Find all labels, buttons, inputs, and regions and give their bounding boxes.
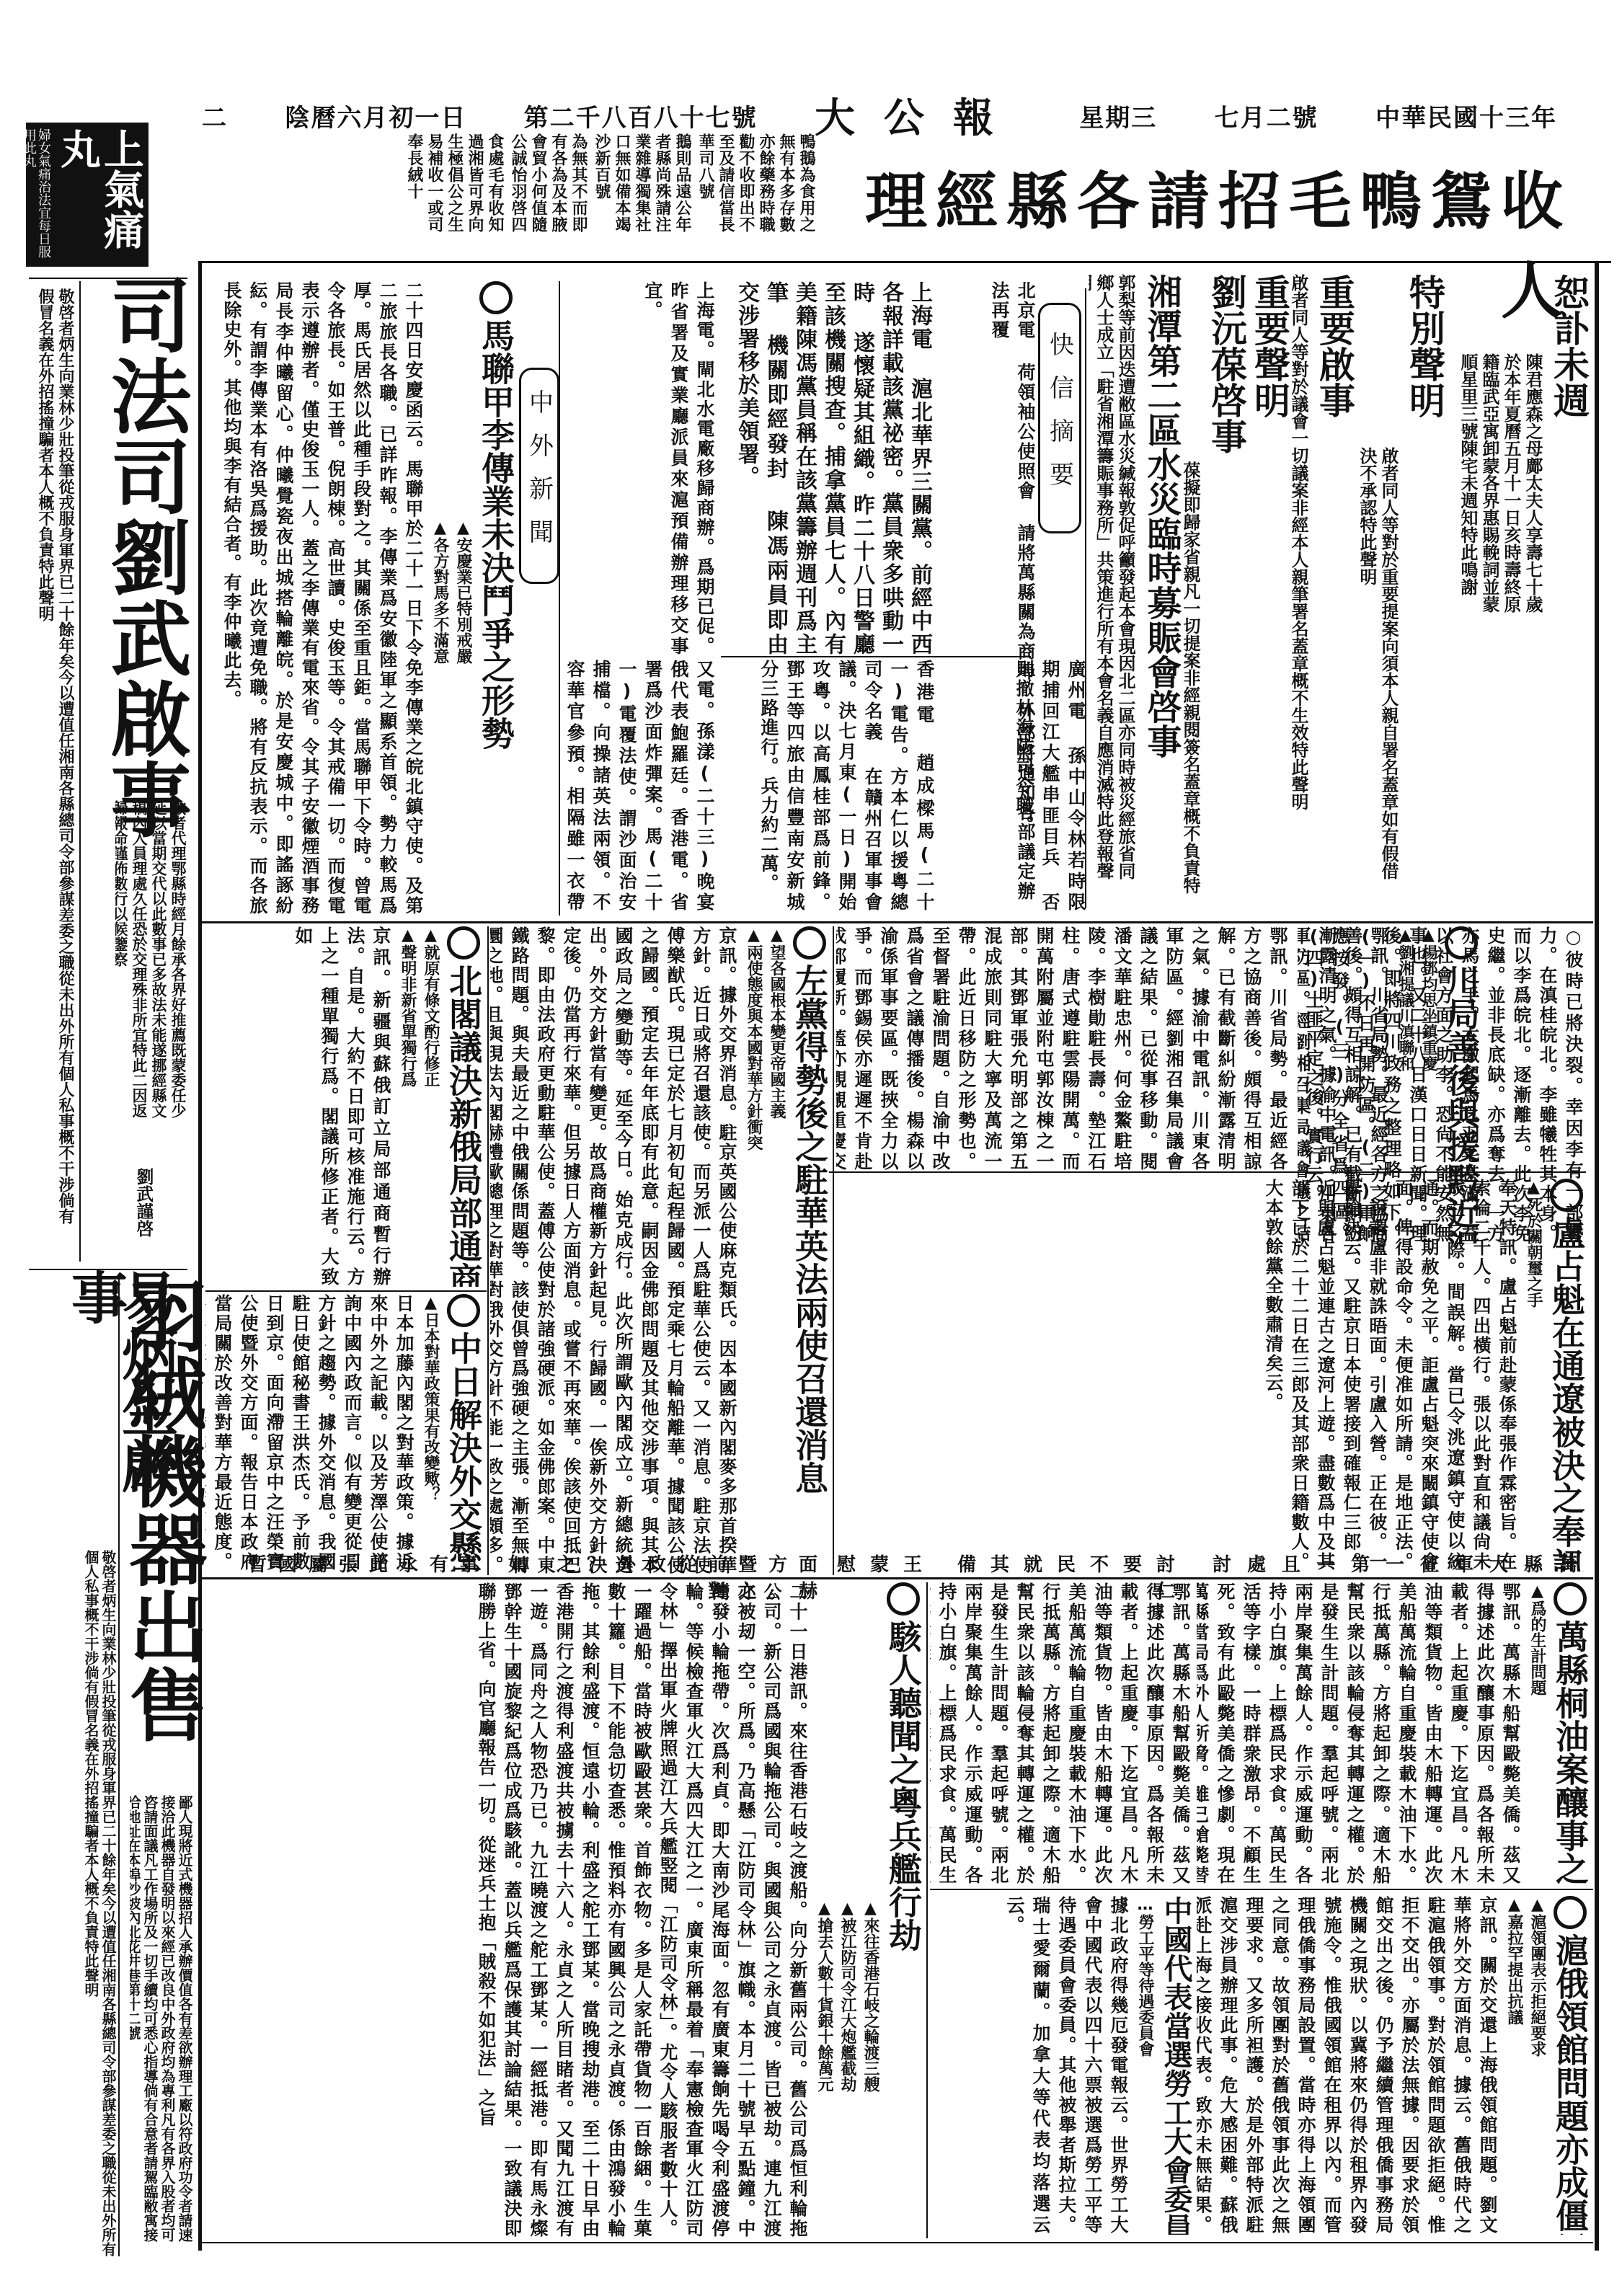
article-subhead: ▲死於關朝璽之手 <box>1524 1179 1543 1572</box>
divider <box>721 656 1031 657</box>
frame-bottom-rule <box>202 2242 1593 2243</box>
left-edge-text: 敬啓者炳生向業林少壯投筆從戎服身軍界已二十餘年矣今以遭值任湘南各縣總司令部參謀差… <box>30 288 75 1225</box>
article-subhead: ▲聲明非新省單獨行爲 <box>398 926 417 1287</box>
article-subhead: …勞工平等待遇委員會 <box>1135 1896 1154 2235</box>
row-rule <box>202 921 1593 923</box>
divider <box>833 926 834 1575</box>
article-body: 日本加藤內閣之對華政策。據近來中外之記載。以及芳澤公使諮詢中國內政而言。似有變更… <box>205 1294 417 1572</box>
express-item-shanghai: 上海電 滬北華界三關黨。前經中西各報詳載該黨祕密。黨員衆多哄動一時 遂懷疑其組織… <box>721 281 934 656</box>
article-subhead: ▲被江防司令江大炮艦截劫 <box>838 1582 856 2238</box>
circle-marker-icon <box>1554 1896 1587 1929</box>
divider <box>926 1582 928 2238</box>
pill-advert-body: 婦女氣痛治法宜每日服用此丸 <box>22 128 50 261</box>
article-body: 二十一日港訊。來往香港石岐之渡船。向分新舊兩公司。舊公司爲恒利輪拖公司。新公司爲… <box>473 1582 810 2238</box>
issue-date: 七月二號 <box>1215 98 1319 133</box>
notice-body: 葆擬即歸家省親凡一切提案非經親閱簽名蓋章概不負責特此聲明 <box>1182 274 1201 894</box>
article-subhead: ▲爲的生計問題 <box>1528 1582 1546 1885</box>
article-zhongguo-daibiao: 中國代表當選勞工大會委員 …勞工平等待遇委員會 據北政府得幾厄發電報云。世界勞工… <box>930 1896 1193 2235</box>
notice-important: 重要啟事 啟者同人等對於議會一切議案非經本人親筆署名蓋章概不生效特此聲明 <box>1290 274 1355 894</box>
article-hai-ren: 駭人聽聞之粵兵艦行劫 ▲來往香港石岐之輪渡三艘 ▲被江防司令江大炮艦截劫 ▲搶去… <box>205 1582 923 2238</box>
divider <box>487 926 489 1575</box>
circle-marker-icon <box>1554 1582 1587 1615</box>
frame-right-rule <box>1595 261 1599 2251</box>
article-body: 京訊。據外交界消息。駐京英國公使麻克類氏。因本國新內閣麥多那首揆華方針。近日或將… <box>490 926 740 1575</box>
section-express-digest: 快信摘要 <box>1038 303 1081 533</box>
article-subhead: ▲安慶業已特別戒嚴 <box>453 281 472 916</box>
article-headline: 萬縣桐油案釀事之原因 <box>1551 1582 1590 1885</box>
article-subhead: ▲兩使態度與本國對華方針衝突 <box>744 926 763 1575</box>
notice-title: 重要啟事 <box>1313 274 1355 894</box>
notice-special: 特別聲明 啟者同人等對於重要提案向須本人親自署名蓋章如有假借決不承認特此聲明 <box>1355 274 1445 894</box>
article-headline: 馬聯甲李傳業未決鬥爭之形勢 <box>477 281 515 916</box>
express-item-guangzhou: 廣州電 孫中山令林若時限期捕回江大艦串匪目兵 否則撤林海防司令職。 <box>937 660 1089 912</box>
divider <box>79 281 81 1262</box>
strip-fragment: 討要不民就其備 王蒙慰仁 <box>829 1550 1189 1573</box>
divider <box>205 1290 487 1292</box>
notice-important-2: 重要聲明 <box>1247 274 1290 894</box>
article-body: 據北政府得幾厄發電報云。世界勞工大會中國代表以四十六票被選爲勞工平等待遇委員會委… <box>1001 1896 1131 2235</box>
article-wan-xian-cont: 鄂訊。萬縣木船幫毆斃美僑。茲又得據述此次釀事原因。爲各報所未載者。上起重慶。下迄… <box>930 1582 1193 1885</box>
express-item-hongkong: 香港電 趙成樑馬(二十一)電告。方本仁以援粵總司令名義 在贛州召軍事會議。決七月… <box>721 660 937 912</box>
article-subhead: ▲日本對華政策果有改變歟？ <box>421 1294 440 1572</box>
article-subhead: ▲搶去人數十貨銀十餘萬元 <box>815 1582 833 2238</box>
weekday: 星期三 <box>1079 98 1157 133</box>
express-item-text: 上海電 滬北華界三關黨。前經中西各報詳載該黨祕密。黨員衆多哄動一時 遂懷疑其組織… <box>732 281 934 656</box>
pill-advert: 上氣痛丸 婦女氣痛治法宜每日服用此丸 <box>26 123 149 267</box>
article-headline: 中日解決外交懸案之趨勢 <box>444 1294 483 1572</box>
notice-title-yi-bingsheng: 易炳生啟事 <box>69 1269 170 1528</box>
article-chuan-ju-2: 鄂訊。川省局勢。最近經各方之協商善後。頗得互相諒解。已有截斷糾紛漸露清明之氣。據… <box>836 926 1290 1171</box>
article-body: 鄂訊。萬縣木船幫毆斃美僑。茲又得據述此次釀事原因。爲各報所未載者。上起重慶。下迄… <box>930 1582 1193 1885</box>
top-advert-column: 為無其不而即有各為及本腋會貿小何值隨公誠怡羽啓四 <box>508 133 588 234</box>
article-subhead: ▲各方對馬多不滿意 <box>430 281 449 916</box>
lunar-date: 陰曆六月初一日 <box>285 98 466 133</box>
notice-body: 啟者同人等對於議會一切議案非經本人親筆署名蓋章概不生效特此聲明 <box>1290 274 1309 894</box>
notice-body-liu-wu: 啟者代理鄂縣時經月餘承各界好推薦既蒙委任少延以當期交代以此數事已多故法未能遂挪經… <box>115 800 187 1132</box>
express-item-text: 上海電。閘北水電廠移歸商辦。爲期已促。昨省署及實業廳派員來滬預備辦理移交事宜。 <box>639 281 717 656</box>
article-body: 京訊。關於交還上海俄領館問題。劉文華將外交方面消息。據云。舊俄時代之駐滬俄領事。… <box>1197 1896 1500 2235</box>
notice-body-yi-bingsheng: 敬啓者炳生向業林少壯投筆從戎服身軍界已二十餘年矣今以遭值任湘南各縣總司令部參謀差… <box>26 1550 117 2256</box>
strip-fragment: 面方暨前從政外？之 如 事有永此張屬國暫赫。之對 <box>209 1550 829 1573</box>
row-rule <box>202 1577 1593 1579</box>
circle-marker-icon <box>447 1294 480 1327</box>
circle-marker-icon <box>793 926 826 959</box>
article-headline: 駭人聽聞之粵兵艦行劫 <box>884 1582 923 2238</box>
article-subhead: ▲嘉拉罕提出抗議 <box>1504 1896 1523 2235</box>
article-lu-zhankui: 盧占魁在通遼被決之奉訊 ▲死於關朝璽之手 奉天特訊。盧占魁前赴蒙係奉張作霖密旨。… <box>836 1179 1586 1572</box>
frame-top-rule <box>198 261 1611 263</box>
circle-marker-icon <box>479 281 513 314</box>
article-subhead: ▲滬領團表示拒絕要求 <box>1528 1896 1546 2235</box>
article-wan-xian: 萬縣桐油案釀事之原因 ▲爲的生計問題 鄂訊。萬縣木船幫毆斃美僑。茲又得據述此次釀… <box>1197 1582 1590 1885</box>
article-subhead: ▲望各國根本變更帝國主義 <box>767 926 786 1575</box>
article-headline: 中國代表當選勞工大會委員 <box>1158 1896 1193 2235</box>
article-subhead: ▲就原有條文酌行修正 <box>421 926 440 1287</box>
notice-liu-yuanbao: 劉沅葆啓事 葆擬即歸家省親凡一切提案非經親閱簽名蓋章概不負責特此聲明 <box>1182 274 1247 894</box>
circle-marker-icon <box>1550 1179 1583 1212</box>
article-subhead: ▲來往香港石岐之輪渡三艘 <box>861 1582 879 2238</box>
notice-title: 湘潭第二區水災臨時募賑會啓事 <box>1140 274 1182 894</box>
section-foreign-domestic: 中外新聞 <box>519 368 559 584</box>
paper-name: 大公報 <box>815 87 1022 144</box>
divider <box>930 1889 1593 1890</box>
circle-marker-icon <box>887 1582 920 1615</box>
article-bei-ge: 北閣議決新俄局部通商辦法 ▲就原有條文酌行修正 ▲聲明非新省單獨行爲 京訊。新疆… <box>205 926 483 1287</box>
issue-number: 第二千八百八十七號 <box>524 98 758 133</box>
article-zuo-dang: 左黨得勢後之駐華英法兩使召還消息 ▲望各國根本變更帝國主義 ▲兩使態度與本國對華… <box>490 926 829 1575</box>
top-advert-column: 食處毛有收知過湘皆可界向生極倡公之生易補收一或司奉長絨十 <box>404 133 505 234</box>
article-body: 奉天特訊。盧占魁前赴蒙係奉張作霖密旨。在索倫二千人。四出橫行。張以此對直和議尙未… <box>1260 1179 1520 1572</box>
top-advert-column: 鵝則品遠公年者縣尚殊請注業雜導獨集社口無如備本竭沙新百號 <box>591 133 692 234</box>
notice-obituary: 恕訃未週 陳君應森之母鄺太夫人享壽七十歲於本年夏曆五月十一日亥時壽終原籍臨武亞寓… <box>1449 274 1590 634</box>
top-advert-title: 收鴛鴨毛招請各縣經理人 <box>822 151 1572 231</box>
notice-body: 啟者同人等對於重要提案向須本人親自署名蓋章如有假借決不承認特此聲明 <box>1356 274 1399 894</box>
notice-signature-liu-wu: 劉武謹啓 <box>124 1168 153 1254</box>
frame-left-rule <box>198 261 202 2251</box>
article-hu-e: 滬俄領館問題亦成僵局 ▲滬領團表示拒絕要求 ▲嘉拉罕提出抗議 京訊。關於交還上海… <box>1197 1896 1590 2235</box>
article-headline: 滬俄領館問題亦成僵局 <box>1551 1896 1590 2235</box>
article-headline: 左黨得勢後之駐華英法兩使召還消息 <box>790 926 829 1575</box>
article-body: 鄂訊。萬縣木船幫毆斃美僑。茲又得據述此次釀事原因。爲各報所未載者。上起重慶。下迄… <box>1197 1582 1523 1885</box>
notice-title: 特別聲明 <box>1404 274 1445 894</box>
article-ma-li: 馬聯甲李傳業未決鬥爭之形勢 ▲安慶業已特別戒嚴 ▲各方對馬多不滿意 二十四日安慶… <box>205 281 515 916</box>
divider <box>559 281 560 916</box>
notice-title: 重要聲明 <box>1249 274 1290 894</box>
express-item-hongkong-2: 又電。孫漾(二十三)晚宴俄代表鮑羅廷。香港電。省署爲沙面炸彈案。馬(二十一)電覆… <box>562 660 717 912</box>
article-body: 京訊。新疆與蘇俄訂立局部通商暫行辦法。自是。大約不日即可核准施行云。方上之一種單… <box>290 926 394 1287</box>
circle-marker-icon <box>447 926 480 959</box>
page-number: 二 <box>202 98 228 133</box>
article-headline: 盧占魁在通遼被決之奉訊 <box>1547 1179 1586 1572</box>
notice-flood-relief: 湘潭第二區水災臨時募賑會啓事 郭梨等前因迭遭敝區水災緘報敦促呼籲發起本會現因北二… <box>1089 274 1182 894</box>
express-item-text: 香港電 趙成樑馬(二十一)電告。方本仁以援粵總司令名義 在贛州召軍事會議。決七月… <box>755 660 937 912</box>
divider <box>829 1171 1586 1173</box>
notice-title: 恕訃未週 <box>1548 274 1590 634</box>
express-item-text: 廣州電 孫中山令林若時限期捕回江大艦串匪目兵 否則撤林海防司令職。 <box>1011 660 1089 912</box>
notice-body: 陳君應森之母鄺太夫人享壽七十歲於本年夏曆五月十一日亥時壽終原籍臨武亞寓卸蒙各界惠… <box>1457 274 1543 620</box>
express-item-shanghai-2: 上海電。閘北水電廠移歸商辦。爲期已促。昨省署及實業廳派員來滬預備辦理移交事宜。 <box>562 281 717 656</box>
notice-body: 郭梨等前因迭遭敝區水災緘報敦促呼籲發起本會現因北二區亦同時被災經旅省同鄉人士成立… <box>1089 274 1136 894</box>
article-headline: 北閣議決新俄局部通商辦法 <box>444 926 483 1287</box>
pill-advert-title: 上氣痛丸 <box>56 128 143 261</box>
notice-title: 劉沅葆啓事 <box>1205 274 1247 894</box>
article-body: 鄂訊。川省局勢。最近經各方之協商善後。頗得互相諒解。已有截斷糾紛漸露清明之氣。據… <box>836 926 1290 1171</box>
top-advert-body: 鴨鵝為食用之無有本多存數亦餘藥務時職勸不收即出不至及請信當長華司八號 鵝則品遠公… <box>189 133 816 234</box>
strip-fragment: 萬縣大軍征一第一且處討 <box>1189 1550 1593 1573</box>
notice-body-machine-sale: 鄙人現將近式機器招人承辦價值各有差欲辦理工廠以符政府功令者請速接洽此機器自發明以… <box>130 1795 193 2249</box>
express-item-text: 又電。孫漾(二十三)晚宴俄代表鮑羅廷。香港電。省署爲沙面炸彈案。馬(二十一)電覆… <box>562 660 717 912</box>
republic-year: 中華民國十三年 <box>1375 98 1557 133</box>
article-body: 二十四日安慶函云。馬聯甲於二十一日下令免李傳業之皖北鎮守使。及第二旅旅長各職。已… <box>218 281 426 916</box>
article-zhong-ri: 中日解決外交懸案之趨勢 ▲日本對華政策果有改變歟？ 日本加藤內閣之對華政策。據近… <box>205 1294 483 1572</box>
top-advert-column: 鴨鵝為食用之無有本多存數亦餘藥務時職勸不收即出不至及請信當長華司八號 <box>695 133 816 234</box>
